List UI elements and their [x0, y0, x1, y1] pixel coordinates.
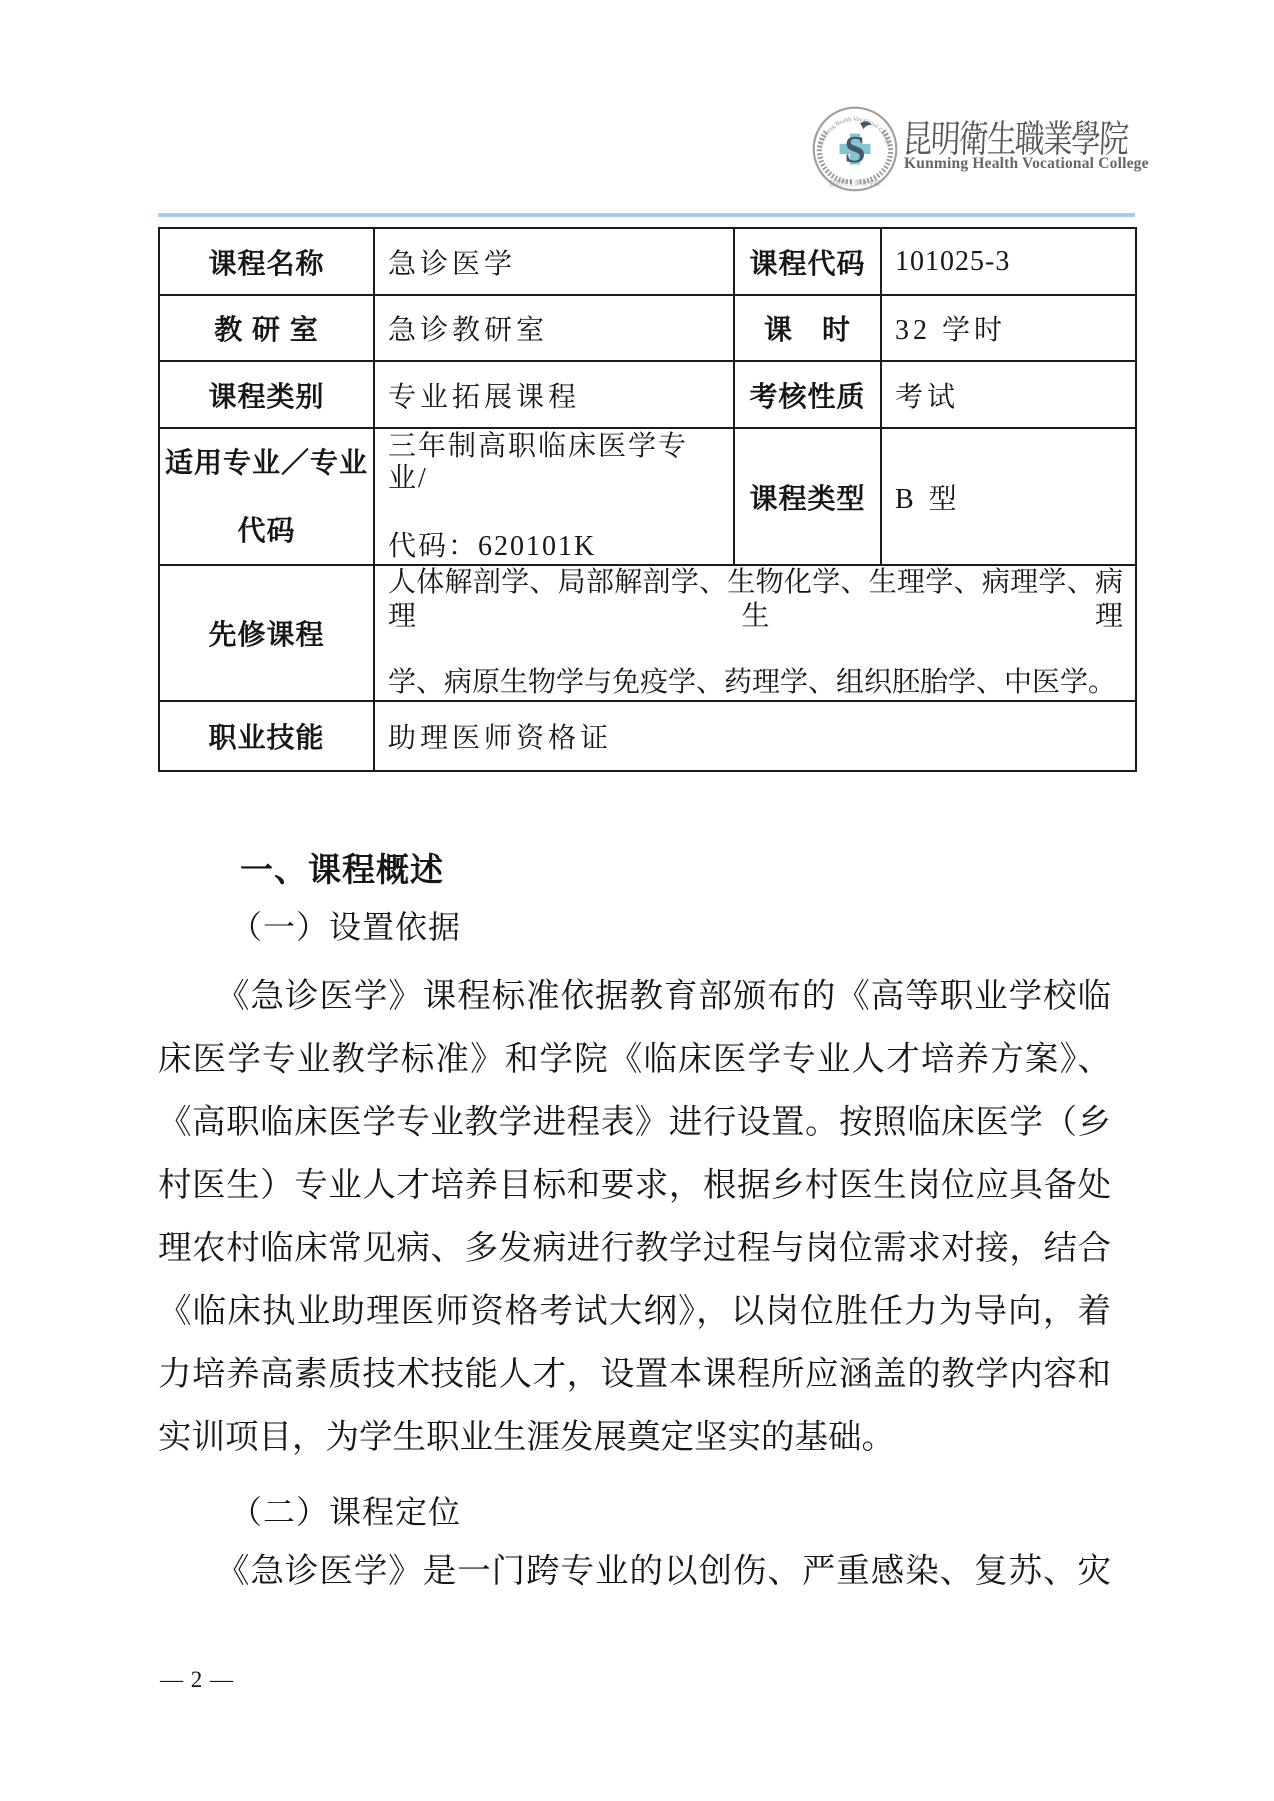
value-prerequisites: 人体解剖学、局部解剖学、生物化学、生理学、病理学、病理生理 学、病原生物学与免疫…	[374, 565, 1136, 701]
value-assessment-type: 考试	[881, 361, 1136, 428]
seal-arc-text-bottom: 昆明卫生职业学院	[829, 178, 881, 187]
table-row-prerequisites: 先修课程 人体解剖学、局部解剖学、生物化学、生理学、病理学、病理生理 学、病原生…	[159, 565, 1136, 701]
paragraph-line: 力培养高素质技术技能人才，设置本课程所应涵盖的教学内容和	[158, 1343, 1111, 1406]
label-vocational-skill: 职业技能	[159, 701, 374, 771]
college-name-english: Kunming Health Vocational College	[904, 155, 1149, 173]
paragraph-line: 村医生）专业人才培养目标和要求，根据乡村医生岗位应具备处	[158, 1154, 1111, 1217]
value-class-hours: 32 学时	[881, 295, 1136, 361]
label-course-code: 课程代码	[734, 228, 881, 295]
label-assessment-type: 考核性质	[734, 361, 881, 428]
course-info-table: 课程名称 急诊医学 课程代码 101025-3 教 研 室 急诊教研室 课 时 …	[158, 227, 1137, 772]
value-course-code: 101025-3	[881, 228, 1136, 295]
paragraph-line: 实训项目，为学生职业生涯发展奠定坚实的基础。	[158, 1406, 1111, 1469]
subsection-heading-course-positioning: （二）课程定位	[230, 1487, 461, 1533]
page-number: — 2 —	[160, 1667, 234, 1693]
paragraph-setup-basis: 《急诊医学》课程标准依据教育部颁布的《高等职业学校临 床医学专业教学标准》和学院…	[158, 965, 1111, 1469]
paragraph-line: 理农村临床常见病、多发病进行教学过程与岗位需求对接，结合	[158, 1217, 1111, 1280]
dragon-s-icon: S	[844, 129, 865, 171]
table-row-course-name: 课程名称 急诊医学 课程代码 101025-3	[159, 228, 1136, 295]
label-class-hours: 课 时	[734, 295, 881, 361]
label-teaching-office: 教 研 室	[159, 295, 374, 361]
paragraph-line: 《急诊医学》是一门跨专业的以创伤、严重感染、复苏、灾	[158, 1540, 1111, 1603]
college-seal-logo: Kunming Health Vocational College S 昆明卫生…	[812, 104, 898, 194]
table-row-course-category: 课程类别 专业拓展课程 考核性质 考试	[159, 361, 1136, 428]
table-row-applicable-major: 适用专业／专业 代码 三年制高职临床医学专业/ 代码：620101K 课程类型 …	[159, 428, 1136, 565]
paragraph-line: 床医学专业教学标准》和学院《临床医学专业人才培养方案》、	[158, 1028, 1111, 1091]
document-page: Kunming Health Vocational College S 昆明卫生…	[0, 0, 1274, 1801]
table-row-teaching-office: 教 研 室 急诊教研室 课 时 32 学时	[159, 295, 1136, 361]
subsection-heading-setup-basis: （一）设置依据	[230, 902, 461, 948]
label-course-category: 课程类别	[159, 361, 374, 428]
paragraph-line: 《急诊医学》课程标准依据教育部颁布的《高等职业学校临	[158, 965, 1111, 1028]
value-course-category: 专业拓展课程	[374, 361, 734, 428]
value-course-type: B 型	[881, 428, 1136, 565]
paragraph-course-positioning: 《急诊医学》是一门跨专业的以创伤、严重感染、复苏、灾	[158, 1540, 1111, 1603]
table-row-vocational-skill: 职业技能 助理医师资格证	[159, 701, 1136, 771]
header-rule	[158, 213, 1135, 217]
paragraph-line: 《高职临床医学专业教学进程表》进行设置。按照临床医学（乡	[158, 1091, 1111, 1154]
value-applicable-major: 三年制高职临床医学专业/ 代码：620101K	[374, 428, 734, 565]
value-course-name: 急诊医学	[374, 228, 734, 295]
label-applicable-major: 适用专业／专业 代码	[159, 428, 374, 565]
label-course-name: 课程名称	[159, 228, 374, 295]
label-course-type: 课程类型	[734, 428, 881, 565]
value-vocational-skill: 助理医师资格证	[374, 701, 1136, 771]
label-prerequisites: 先修课程	[159, 565, 374, 701]
section-heading-course-overview: 一、课程概述	[240, 844, 444, 891]
paragraph-line: 《临床执业助理医师资格考试大纲》，以岗位胜任力为导向，着	[158, 1280, 1111, 1343]
college-seal-icon: Kunming Health Vocational College S 昆明卫生…	[812, 104, 898, 194]
value-teaching-office: 急诊教研室	[374, 295, 734, 361]
